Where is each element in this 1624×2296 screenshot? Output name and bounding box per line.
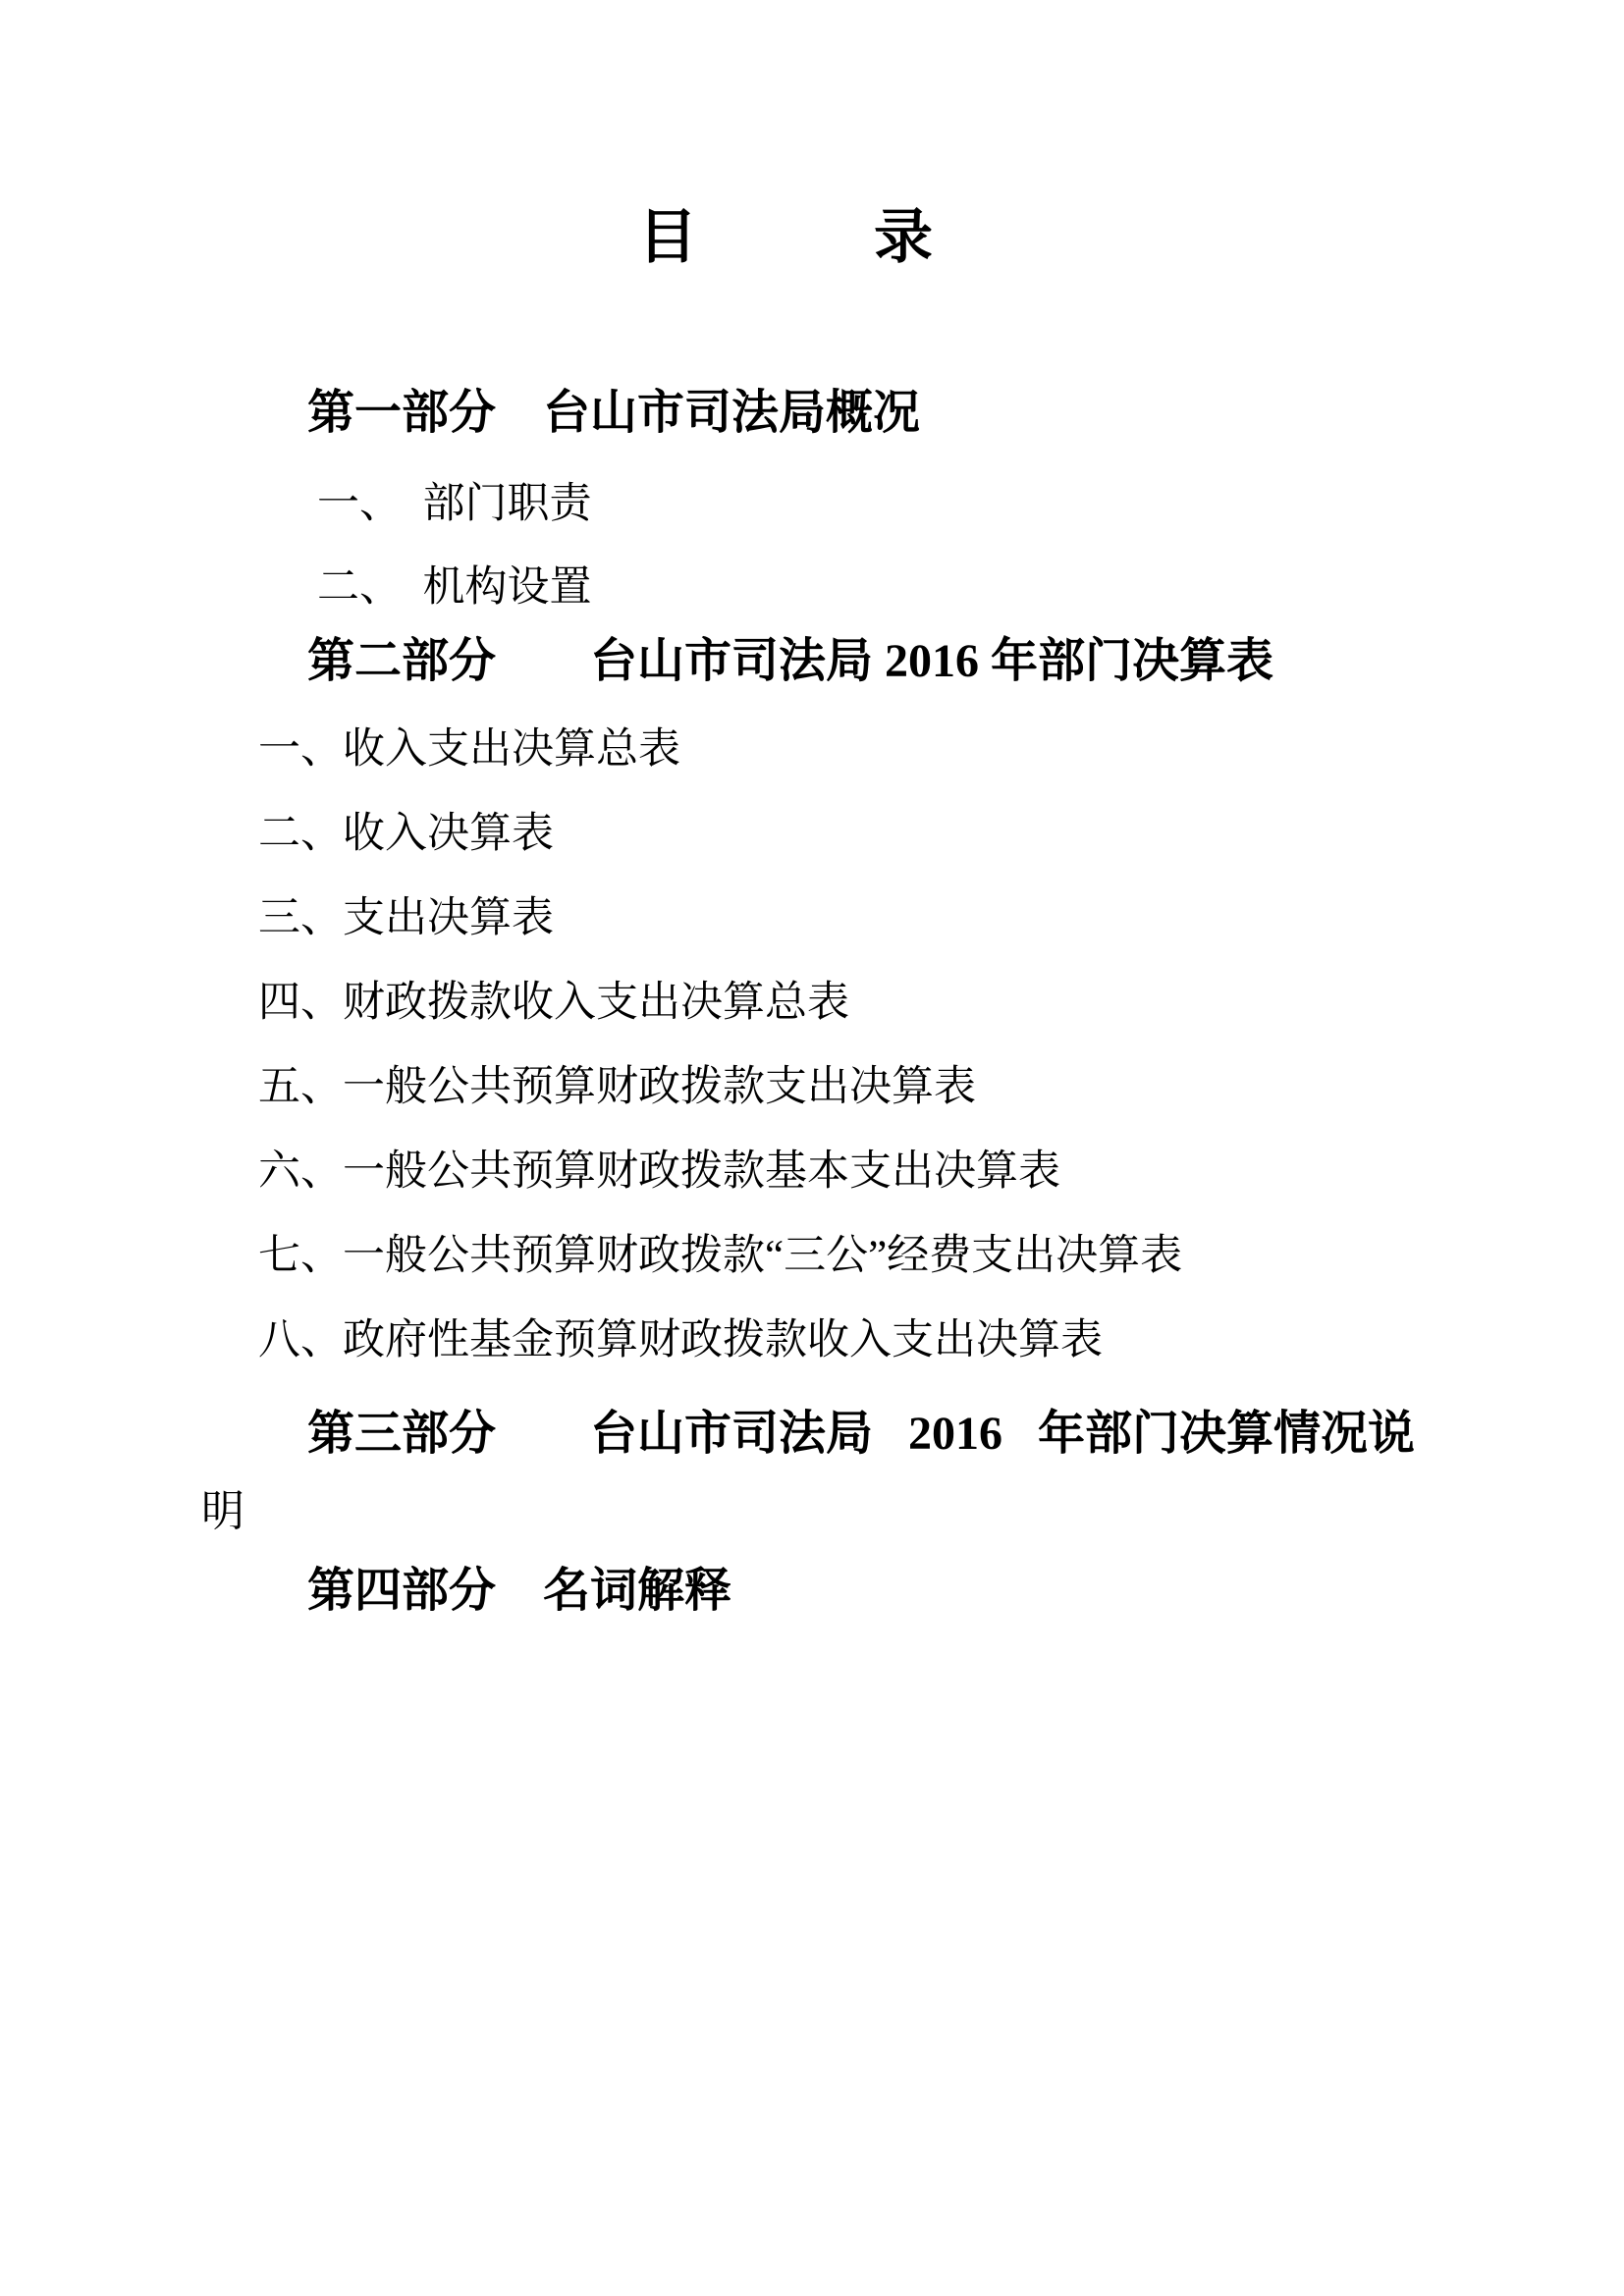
toc-item-part2-5: 五、一般公共预算财政拨款支出决算表	[258, 1066, 976, 1108]
part3-heading-line2: 明	[201, 1490, 244, 1533]
part4-heading: 第四部分 名词解释	[307, 1568, 731, 1615]
toc-item-part2-4: 四、财政拨款收入支出决算总表	[258, 982, 849, 1024]
toc-item-part2-6: 六、一般公共预算财政拨款基本支出决算表	[258, 1150, 1060, 1193]
toc-item-part2-8: 八、政府性基金预算财政拨款收入支出决算表	[258, 1319, 1103, 1362]
toc-item-part1-1: 一、 部门职责	[317, 483, 592, 525]
document-page: 目 录 第一部分 台山市司法局概况 一、 部门职责 二、 机构设置 第二部分 台…	[0, 0, 1624, 2296]
toc-title: 目 录	[0, 208, 1571, 267]
toc-item-part1-2: 二、 机构设置	[317, 566, 592, 609]
toc-item-part2-1: 一、收入支出决算总表	[258, 728, 680, 771]
toc-item-part2-2: 二、收入决算表	[258, 813, 554, 855]
part1-heading: 第一部分 台山市司法局概况	[307, 390, 920, 437]
toc-item-part2-7: 七、一般公共预算财政拨款“三公”经费支出决算表	[258, 1235, 1182, 1277]
part2-heading: 第二部分 台山市司法局 2016 年部门决算表	[307, 638, 1273, 685]
toc-item-part2-3: 三、支出决算表	[258, 897, 554, 939]
part3-heading-line1: 第三部分 台山市司法局 2016 年部门决算情况说	[307, 1411, 1415, 1458]
